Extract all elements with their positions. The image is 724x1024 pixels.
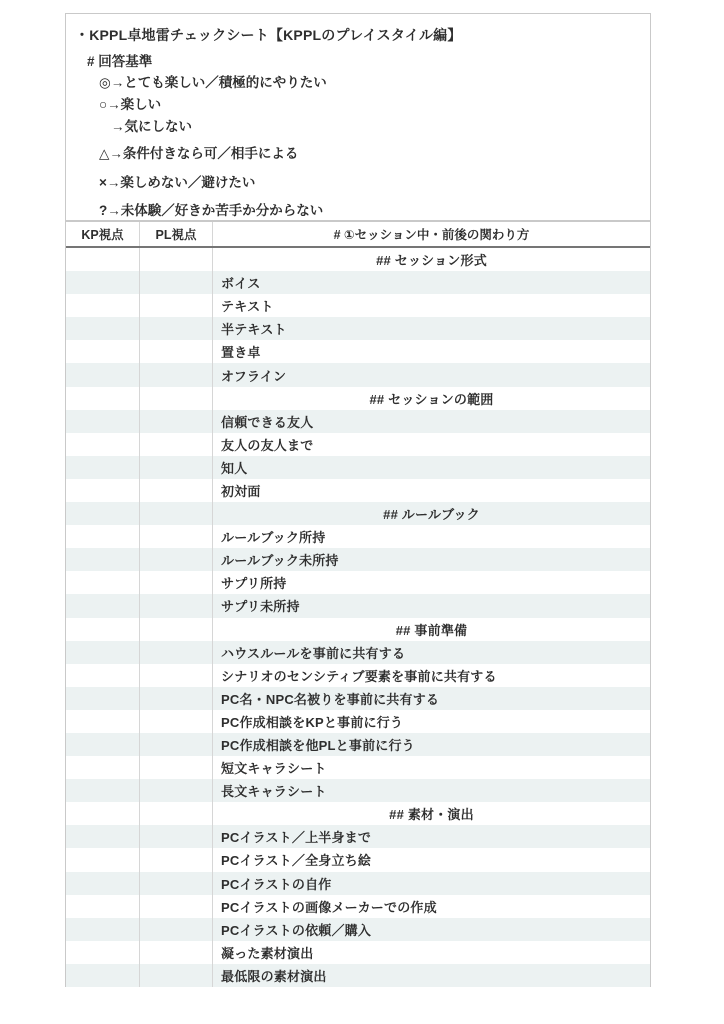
pl-answer-cell[interactable] (140, 525, 213, 548)
table-row: PCイラストの画像メーカーでの作成 (66, 895, 650, 918)
kp-answer-cell[interactable] (66, 825, 140, 848)
table-row: ルールブック所持 (66, 525, 650, 548)
pl-answer-cell[interactable] (140, 433, 213, 456)
kp-answer-cell[interactable] (66, 918, 140, 941)
section-header-row: ## セッション形式 (66, 248, 650, 271)
checklist-table: KP視点 PL視点 # ①セッション中・前後の関わり方 ## セッション形式ボイ… (65, 221, 651, 987)
item-label: 最低限の素材演出 (213, 964, 650, 987)
kp-answer-cell[interactable] (66, 456, 140, 479)
item-label: 信頼できる友人 (213, 410, 650, 433)
kp-answer-cell[interactable] (66, 248, 140, 271)
table-row: PCイラスト／上半身まで (66, 825, 650, 848)
kp-viewpoint-column-header: KP視点 (66, 222, 140, 246)
item-label: 知人 (213, 456, 650, 479)
table-row: サプリ未所持 (66, 594, 650, 617)
pl-answer-cell[interactable] (140, 941, 213, 964)
section-header-row: ## ルールブック (66, 502, 650, 525)
table-row: PCイラスト／全身立ち絵 (66, 848, 650, 871)
pl-answer-cell[interactable] (140, 248, 213, 271)
item-label: 短文キャラシート (213, 756, 650, 779)
pl-answer-cell[interactable] (140, 895, 213, 918)
section-title-column-header: # ①セッション中・前後の関わり方 (213, 222, 650, 246)
table-row: 短文キャラシート (66, 756, 650, 779)
item-label: 初対面 (213, 479, 650, 502)
section-header-label: ## セッションの範囲 (213, 387, 650, 410)
kp-answer-cell[interactable] (66, 525, 140, 548)
kp-answer-cell[interactable] (66, 340, 140, 363)
pl-answer-cell[interactable] (140, 294, 213, 317)
item-label: ルールブック所持 (213, 525, 650, 548)
pl-answer-cell[interactable] (140, 594, 213, 617)
item-label: PCイラストの依頼／購入 (213, 918, 650, 941)
legend-heading: # 回答基準 (66, 52, 650, 72)
pl-answer-cell[interactable] (140, 340, 213, 363)
item-label: 長文キャラシート (213, 779, 650, 802)
table-row: 半テキスト (66, 317, 650, 340)
table-row: PC作成相談を他PLと事前に行う (66, 733, 650, 756)
table-row: PCイラストの自作 (66, 872, 650, 895)
item-label: 凝った素材演出 (213, 941, 650, 964)
kp-answer-cell[interactable] (66, 479, 140, 502)
pl-answer-cell[interactable] (140, 363, 213, 386)
legend-item: ○→楽しい (66, 94, 650, 116)
item-label: PCイラスト／全身立ち絵 (213, 848, 650, 871)
table-row: 最低限の素材演出 (66, 964, 650, 987)
legend-item: ×→楽しめない／避けたい (66, 172, 650, 194)
kp-answer-cell[interactable] (66, 317, 140, 340)
table-header-row: KP視点 PL視点 # ①セッション中・前後の関わり方 (66, 222, 650, 248)
pl-answer-cell[interactable] (140, 456, 213, 479)
pl-answer-cell[interactable] (140, 271, 213, 294)
table-row: 長文キャラシート (66, 779, 650, 802)
kp-answer-cell[interactable] (66, 895, 140, 918)
pl-answer-cell[interactable] (140, 710, 213, 733)
kp-answer-cell[interactable] (66, 964, 140, 987)
item-label: ルールブック未所持 (213, 548, 650, 571)
table-row: PC作成相談をKPと事前に行う (66, 710, 650, 733)
section-header-row: ## 事前準備 (66, 618, 650, 641)
item-label: サプリ未所持 (213, 594, 650, 617)
item-label: PC作成相談をKPと事前に行う (213, 710, 650, 733)
table-row: シナリオのセンシティブ要素を事前に共有する (66, 664, 650, 687)
kp-answer-cell[interactable] (66, 733, 140, 756)
pl-answer-cell[interactable] (140, 548, 213, 571)
kp-answer-cell[interactable] (66, 410, 140, 433)
kp-answer-cell[interactable] (66, 271, 140, 294)
pl-answer-cell[interactable] (140, 825, 213, 848)
pl-answer-cell[interactable] (140, 317, 213, 340)
table-row: 凝った素材演出 (66, 941, 650, 964)
item-label: PCイラストの画像メーカーでの作成 (213, 895, 650, 918)
pl-answer-cell[interactable] (140, 479, 213, 502)
pl-answer-cell[interactable] (140, 779, 213, 802)
item-label: オフライン (213, 363, 650, 386)
pl-answer-cell[interactable] (140, 756, 213, 779)
section-header-row: ## 素材・演出 (66, 802, 650, 825)
pl-answer-cell[interactable] (140, 733, 213, 756)
kp-answer-cell[interactable] (66, 687, 140, 710)
table-row: サプリ所持 (66, 571, 650, 594)
legend-item: →気にしない (66, 116, 650, 138)
pl-answer-cell[interactable] (140, 410, 213, 433)
pl-answer-cell[interactable] (140, 964, 213, 987)
kp-answer-cell[interactable] (66, 618, 140, 641)
legend-list: ◎→とても楽しい／積極的にやりたい○→楽しい→気にしない△→条件付きなら可／相手… (66, 72, 650, 221)
kp-answer-cell[interactable] (66, 387, 140, 410)
table-row: 友人の友人まで (66, 433, 650, 456)
kp-answer-cell[interactable] (66, 802, 140, 825)
table-body: ## セッション形式ボイステキスト半テキスト置き卓オフライン## セッションの範… (66, 248, 650, 987)
table-row: ハウスルールを事前に共有する (66, 641, 650, 664)
item-label: シナリオのセンシティブ要素を事前に共有する (213, 664, 650, 687)
table-row: PCイラストの依頼／購入 (66, 918, 650, 941)
kp-answer-cell[interactable] (66, 848, 140, 871)
kp-answer-cell[interactable] (66, 779, 140, 802)
table-row: テキスト (66, 294, 650, 317)
item-label: PC作成相談を他PLと事前に行う (213, 733, 650, 756)
pl-answer-cell[interactable] (140, 641, 213, 664)
pl-answer-cell[interactable] (140, 872, 213, 895)
table-row: 置き卓 (66, 340, 650, 363)
kp-answer-cell[interactable] (66, 941, 140, 964)
item-label: PCイラストの自作 (213, 872, 650, 895)
item-label: サプリ所持 (213, 571, 650, 594)
legend-item: ◎→とても楽しい／積極的にやりたい (66, 72, 650, 94)
table-row: 初対面 (66, 479, 650, 502)
pl-answer-cell[interactable] (140, 687, 213, 710)
kp-answer-cell[interactable] (66, 502, 140, 525)
sheet-title: ・KPPL卓地雷チェックシート【KPPLのプレイスタイル編】 (66, 25, 650, 46)
item-label: 置き卓 (213, 340, 650, 363)
kp-answer-cell[interactable] (66, 664, 140, 687)
pl-answer-cell[interactable] (140, 848, 213, 871)
section-header-label: ## 事前準備 (213, 618, 650, 641)
item-label: ボイス (213, 271, 650, 294)
kp-answer-cell[interactable] (66, 571, 140, 594)
pl-viewpoint-column-header: PL視点 (140, 222, 213, 246)
table-row: ルールブック未所持 (66, 548, 650, 571)
table-row: ボイス (66, 271, 650, 294)
item-label: PC名・NPC名被りを事前に共有する (213, 687, 650, 710)
kp-answer-cell[interactable] (66, 756, 140, 779)
kp-answer-cell[interactable] (66, 872, 140, 895)
answer-legend-panel: ・KPPL卓地雷チェックシート【KPPLのプレイスタイル編】 # 回答基準 ◎→… (65, 13, 651, 221)
item-label: ハウスルールを事前に共有する (213, 641, 650, 664)
pl-answer-cell[interactable] (140, 618, 213, 641)
pl-answer-cell[interactable] (140, 571, 213, 594)
pl-answer-cell[interactable] (140, 387, 213, 410)
legend-item: △→条件付きなら可／相手による (66, 143, 650, 165)
table-row: 信頼できる友人 (66, 410, 650, 433)
section-header-label: ## ルールブック (213, 502, 650, 525)
pl-answer-cell[interactable] (140, 502, 213, 525)
pl-answer-cell[interactable] (140, 802, 213, 825)
section-header-label: ## セッション形式 (213, 248, 650, 271)
pl-answer-cell[interactable] (140, 918, 213, 941)
section-header-row: ## セッションの範囲 (66, 387, 650, 410)
item-label: 半テキスト (213, 317, 650, 340)
kp-answer-cell[interactable] (66, 433, 140, 456)
kp-answer-cell[interactable] (66, 710, 140, 733)
kp-answer-cell[interactable] (66, 363, 140, 386)
table-row: オフライン (66, 363, 650, 386)
kp-answer-cell[interactable] (66, 294, 140, 317)
table-row: PC名・NPC名被りを事前に共有する (66, 687, 650, 710)
kp-answer-cell[interactable] (66, 594, 140, 617)
table-row: 知人 (66, 456, 650, 479)
item-label: 友人の友人まで (213, 433, 650, 456)
item-label: テキスト (213, 294, 650, 317)
kp-answer-cell[interactable] (66, 641, 140, 664)
item-label: PCイラスト／上半身まで (213, 825, 650, 848)
pl-answer-cell[interactable] (140, 664, 213, 687)
section-header-label: ## 素材・演出 (213, 802, 650, 825)
kp-answer-cell[interactable] (66, 548, 140, 571)
checksheet-page: ・KPPL卓地雷チェックシート【KPPLのプレイスタイル編】 # 回答基準 ◎→… (0, 0, 724, 1024)
legend-item: ?→未体験／好きか苦手か分からない (66, 200, 650, 221)
